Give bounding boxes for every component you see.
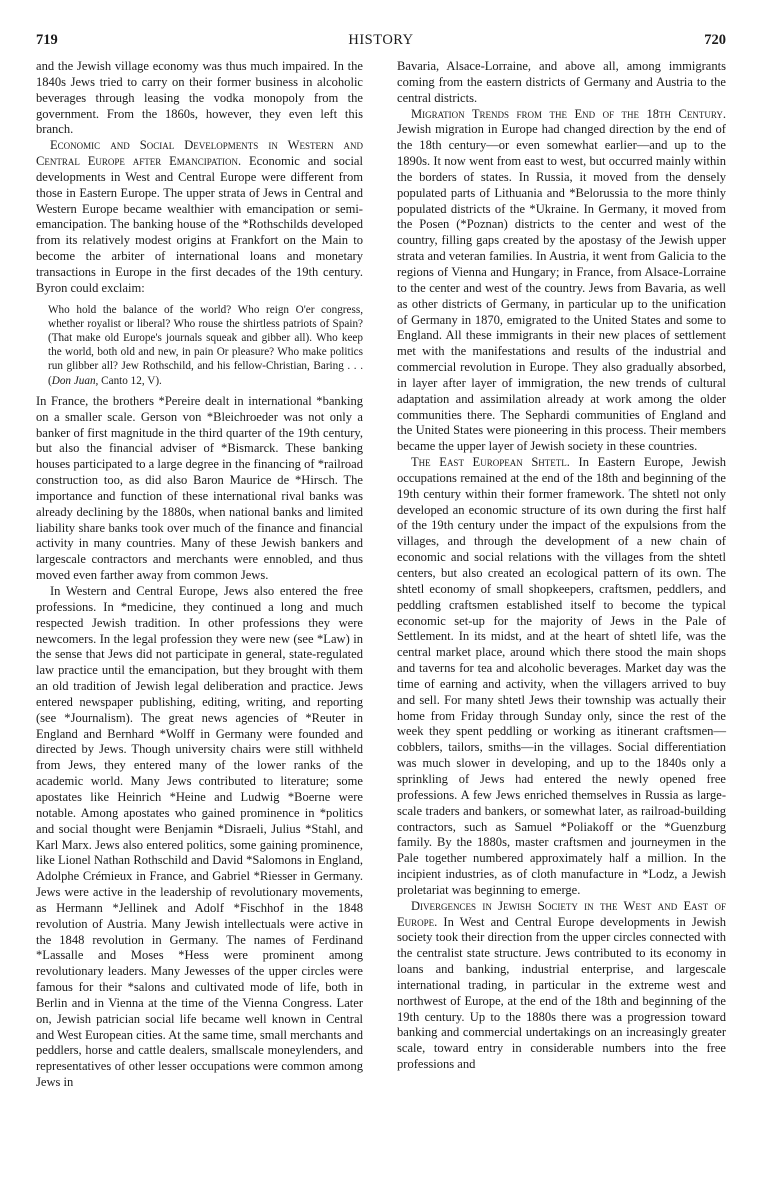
running-title: HISTORY xyxy=(36,32,726,49)
paragraph: Bavaria, Alsace-Lorraine, and above all,… xyxy=(397,59,726,107)
paragraph-body: In West and Central Europe developments … xyxy=(397,915,726,1072)
section-heading: Migration Trends from the End of the 18t… xyxy=(411,107,726,121)
page-number-right: 720 xyxy=(704,32,726,49)
paragraph: In Western and Central Europe, Jews also… xyxy=(36,584,363,1091)
paragraph: Economic and Social Developments in West… xyxy=(36,138,363,296)
paragraph: Divergences in Jewish Society in the Wes… xyxy=(397,899,726,1073)
paragraph-body: Economic and social developments in West… xyxy=(36,154,363,295)
paragraph-body: In Eastern Europe, Jewish occupations re… xyxy=(397,455,726,897)
quote-source: Don Juan, xyxy=(52,375,99,387)
paragraph: Migration Trends from the End of the 18t… xyxy=(397,107,726,456)
right-column: Bavaria, Alsace-Lorraine, and above all,… xyxy=(397,59,726,1073)
paragraph: and the Jewish village economy was thus … xyxy=(36,59,363,138)
section-heading: The East European Shtetl. xyxy=(411,455,570,469)
block-quote: Who hold the balance of the world? Who r… xyxy=(48,303,363,388)
paragraph: The East European Shtetl. In Eastern Eur… xyxy=(397,455,726,899)
paragraph-body: Jewish migration in Europe had changed d… xyxy=(397,122,726,453)
left-column: and the Jewish village economy was thus … xyxy=(36,59,363,1091)
running-header: 719 HISTORY 720 xyxy=(36,32,726,52)
paragraph: In France, the brothers *Pereire dealt i… xyxy=(36,394,363,584)
quote-end: Canto 12, V). xyxy=(98,375,162,387)
